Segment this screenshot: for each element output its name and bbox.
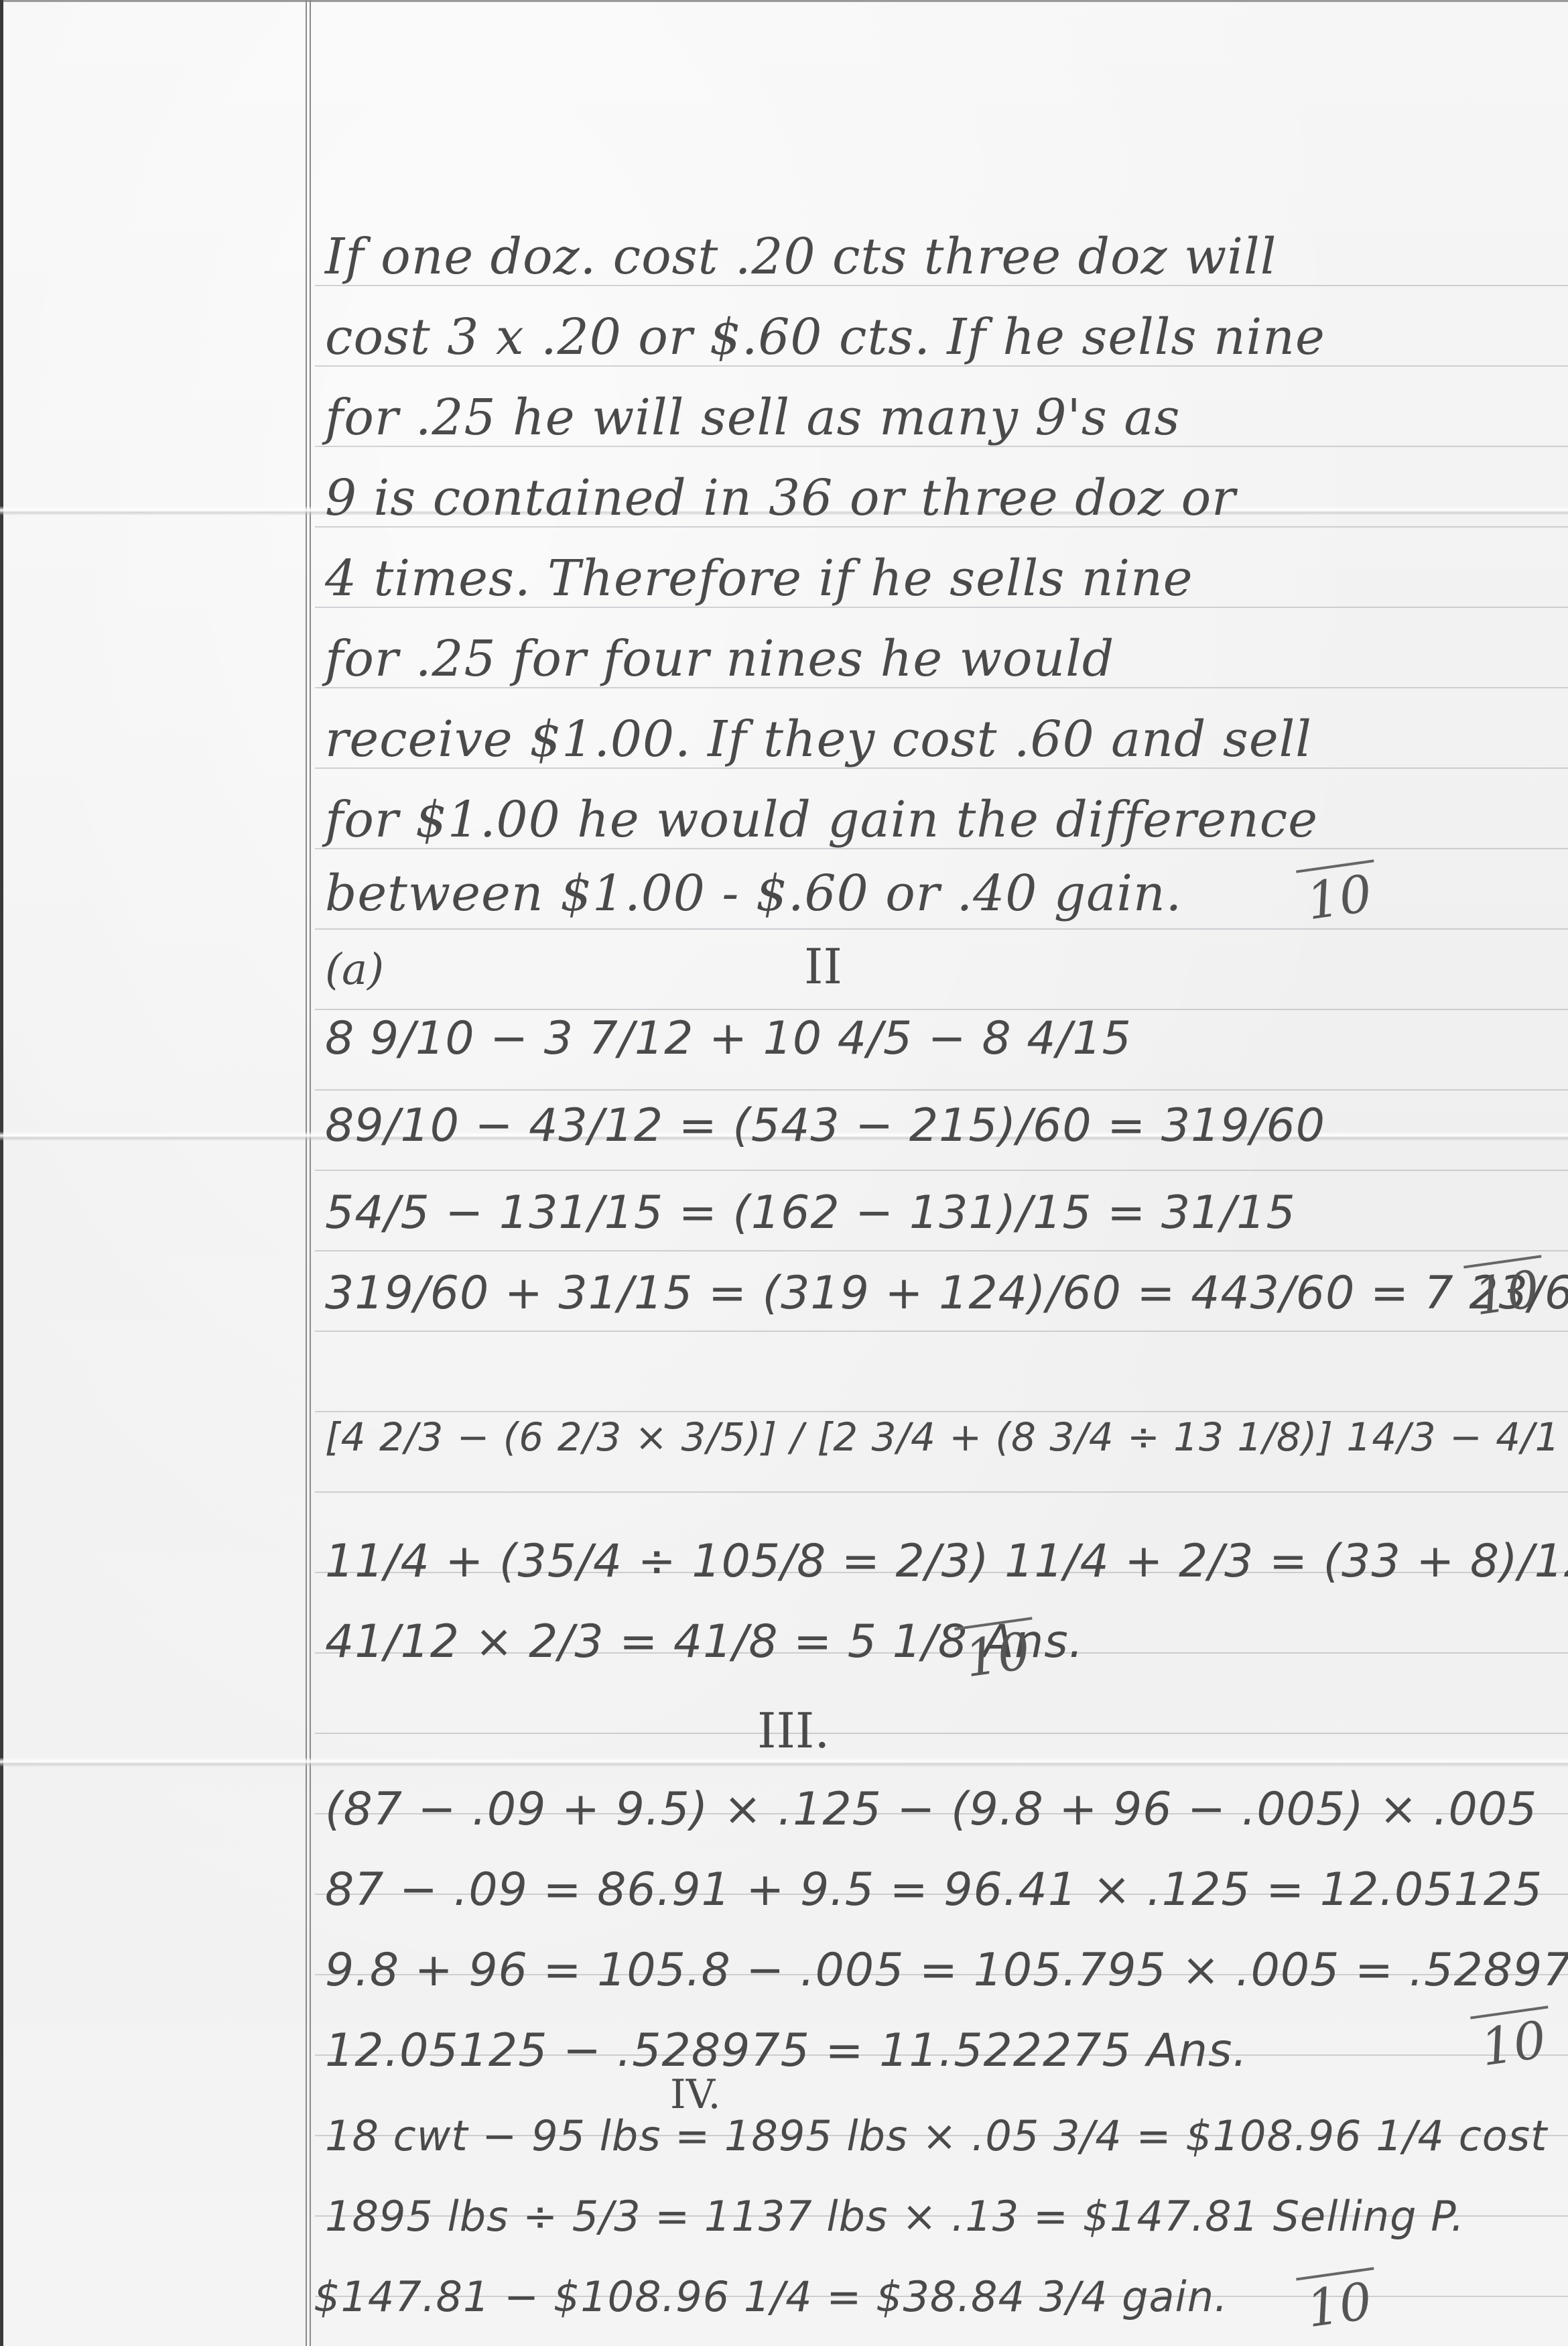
grade-mark: 10 xyxy=(1296,2267,1382,2339)
text-line: between $1.00 - $.60 or .40 gain. xyxy=(325,865,1182,922)
math-line: 54/5 − 131/15 = (162 − 131)/15 = 31/15 xyxy=(325,1186,1296,1239)
ruled-line xyxy=(315,1411,1568,1412)
page-edge-left xyxy=(0,0,3,2346)
ruled-line xyxy=(315,1089,1568,1091)
text-line: for .25 he will sell as many 9's as xyxy=(325,389,1180,446)
text-line: 9 is contained in 36 or three doz or xyxy=(325,469,1236,527)
ruled-line xyxy=(315,1491,1568,1493)
math-line: 9.8 + 96 = 105.8 − .005 = 105.795 × .005… xyxy=(325,1944,1568,1997)
margin-line xyxy=(310,0,311,2346)
ruled-line xyxy=(315,1733,1568,1734)
math-line: 87 − .09 = 86.91 + 9.5 = 96.41 × .125 = … xyxy=(325,1863,1543,1916)
text-line: for $1.00 he would gain the difference xyxy=(325,791,1318,849)
section-heading: III. xyxy=(757,1703,830,1759)
grade-mark: 10 xyxy=(1463,1255,1550,1327)
grade-mark: 10 xyxy=(1296,859,1382,932)
math-line: 12.05125 − .528975 = 11.522275 Ans. xyxy=(325,2024,1248,2077)
margin-line xyxy=(306,0,307,2346)
math-line: [4 2/3 − (6 2/3 × 3/5)] / [2 3/4 + (8 3/… xyxy=(325,1414,1568,1460)
text-line: cost 3 x .20 or $.60 cts. If he sells ni… xyxy=(325,308,1325,366)
text-line: If one doz. cost .20 cts three doz will xyxy=(325,228,1277,286)
ruled-line xyxy=(315,1170,1568,1171)
ruled-line xyxy=(315,1331,1568,1332)
handwritten-page: If one doz. cost .20 cts three doz will … xyxy=(0,0,1568,2346)
text-line: receive $1.00. If they cost .60 and sell xyxy=(325,711,1312,768)
ruled-line xyxy=(315,928,1568,930)
math-line: 18 cwt − 95 lbs = 1895 lbs × .05 3/4 = $… xyxy=(325,2111,1547,2160)
math-line: $147.81 − $108.96 1/4 = $38.84 3/4 gain. xyxy=(314,2272,1228,2321)
math-line: 11/4 + (35/4 ÷ 105/8 = 2/3) 11/4 + 2/3 =… xyxy=(325,1535,1568,1588)
page-edge-top xyxy=(0,0,1568,2)
math-line: (87 − .09 + 9.5) × .125 − (9.8 + 96 − .0… xyxy=(325,1783,1537,1836)
ruled-line xyxy=(315,1250,1568,1251)
text-line: 4 times. Therefore if he sells nine xyxy=(325,550,1193,607)
ruled-line xyxy=(315,1009,1568,1010)
grade-mark: 10 xyxy=(954,1617,1041,1689)
math-line: 89/10 − 43/12 = (543 − 215)/60 = 319/60 xyxy=(325,1099,1325,1152)
math-line: 1895 lbs ÷ 5/3 = 1137 lbs × .13 = $147.8… xyxy=(325,2192,1465,2241)
math-line: 8 9/10 − 3 7/12 + 10 4/5 − 8 4/15 xyxy=(325,1012,1132,1065)
section-heading: II xyxy=(804,938,842,995)
math-line: 319/60 + 31/15 = (319 + 124)/60 = 443/60… xyxy=(325,1267,1568,1320)
paper-fold-crease xyxy=(0,1757,1568,1767)
text-line: for .25 for four nines he would xyxy=(325,630,1114,688)
part-label: (a) xyxy=(325,945,384,995)
grade-mark: 10 xyxy=(1470,2005,1557,2078)
